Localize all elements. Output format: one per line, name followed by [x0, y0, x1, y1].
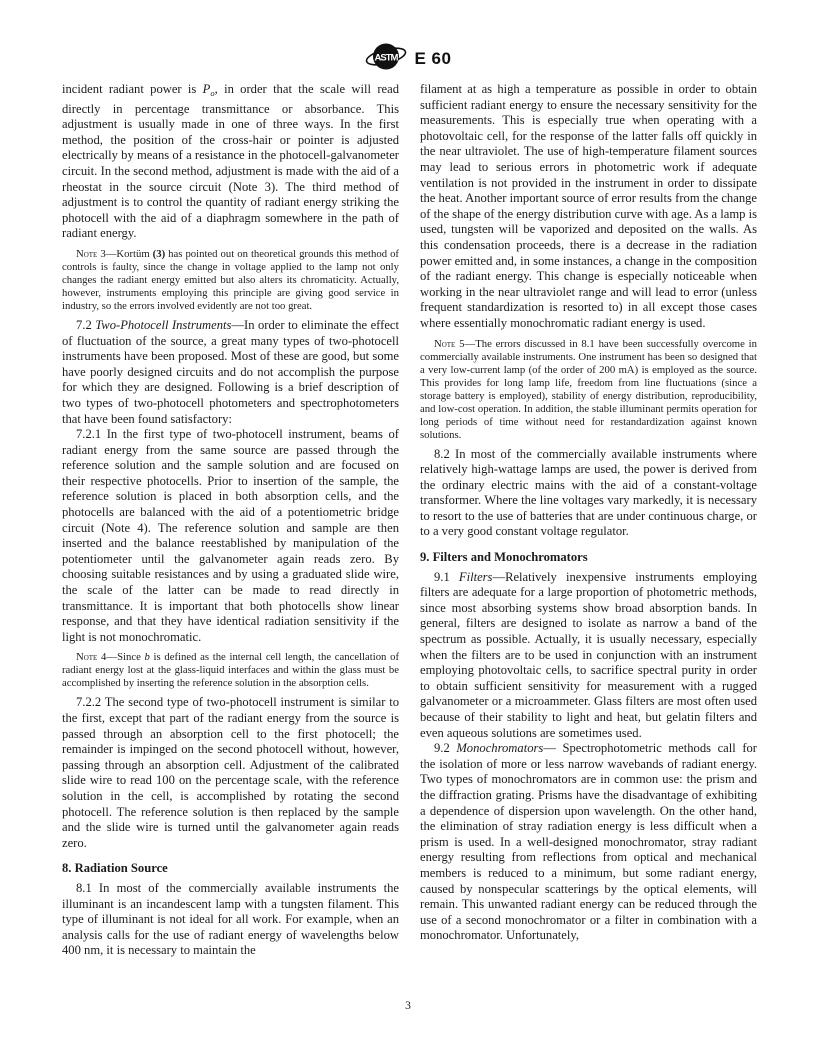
text-segment: —The errors discussed in 8.1 have been s…	[420, 338, 757, 441]
text-segment: 8. Radiation Source	[62, 861, 168, 875]
body-paragraph: 8.2 In most of the commercially availabl…	[420, 447, 757, 541]
left-column: incident radiant power is Po, in order t…	[62, 82, 399, 959]
page-header: ASTM E 60	[0, 0, 816, 76]
body-paragraph: 8.1 In most of the commercially availabl…	[62, 881, 399, 959]
text-segment: 7.2	[76, 318, 95, 332]
text-segment: , in order that the scale will read dire…	[62, 82, 399, 240]
note-paragraph: Note 3—Kortüm (3) has pointed out on the…	[62, 248, 399, 313]
text-segment: Two-Photocell Instruments	[95, 318, 231, 332]
two-column-text: incident radiant power is Po, in order t…	[0, 76, 816, 959]
svg-text:ASTM: ASTM	[374, 53, 398, 64]
body-paragraph: 7.2.2 The second type of two-photocell i…	[62, 695, 399, 851]
text-segment: 7.2.1 In the first type of two-photocell…	[62, 427, 399, 644]
text-segment: —In order to eliminate the effect of flu…	[62, 318, 399, 426]
right-column: filament at as high a temperature as pos…	[420, 82, 757, 959]
text-segment: 8.1 In most of the commercially availabl…	[62, 881, 399, 957]
text-segment: —Kortüm	[106, 248, 153, 260]
astm-logo-icon: ASTM	[365, 40, 407, 78]
body-paragraph: 7.2 Two-Photocell Instruments—In order t…	[62, 318, 399, 427]
body-paragraph: 7.2.1 In the first type of two-photocell…	[62, 427, 399, 645]
text-segment: 8.2 In most of the commercially availabl…	[420, 447, 757, 539]
note-paragraph: Note 5—The errors discussed in 8.1 have …	[420, 338, 757, 442]
document-page: ASTM E 60 incident radiant power is Po, …	[0, 0, 816, 1056]
text-segment: 9. Filters and Monochromators	[420, 550, 588, 564]
text-segment: Filters	[459, 570, 493, 584]
section-heading: 9. Filters and Monochromators	[420, 550, 757, 566]
text-segment: Note 3	[76, 248, 106, 260]
body-paragraph: 9.1 Filters—Relatively inexpensive instr…	[420, 570, 757, 742]
text-segment: — Spectrophotometric methods call for th…	[420, 741, 757, 942]
text-segment: —Since	[106, 651, 144, 663]
text-segment: —Relatively inexpensive instruments empl…	[420, 570, 757, 740]
text-segment: Note 5	[434, 338, 465, 350]
body-paragraph: incident radiant power is Po, in order t…	[62, 82, 399, 242]
body-paragraph: 9.2 Monochromators— Spectrophotometric m…	[420, 741, 757, 944]
text-segment: (3)	[153, 248, 165, 260]
section-heading: 8. Radiation Source	[62, 861, 399, 877]
text-segment: filament at as high a temperature as pos…	[420, 82, 757, 330]
text-segment: Note 4	[76, 651, 106, 663]
text-segment: 7.2.2 The second type of two-photocell i…	[62, 695, 399, 849]
page-footer: 3	[0, 1000, 816, 1012]
text-segment: 9.2	[434, 741, 456, 755]
standard-designation: E 60	[415, 49, 452, 69]
body-paragraph: filament at as high a temperature as pos…	[420, 82, 757, 332]
page-number: 3	[405, 1000, 411, 1012]
text-segment: incident radiant power is	[62, 82, 203, 96]
text-segment: Monochromators	[456, 741, 543, 755]
text-segment: 9.1	[434, 570, 459, 584]
note-paragraph: Note 4—Since b is defined as the interna…	[62, 651, 399, 690]
